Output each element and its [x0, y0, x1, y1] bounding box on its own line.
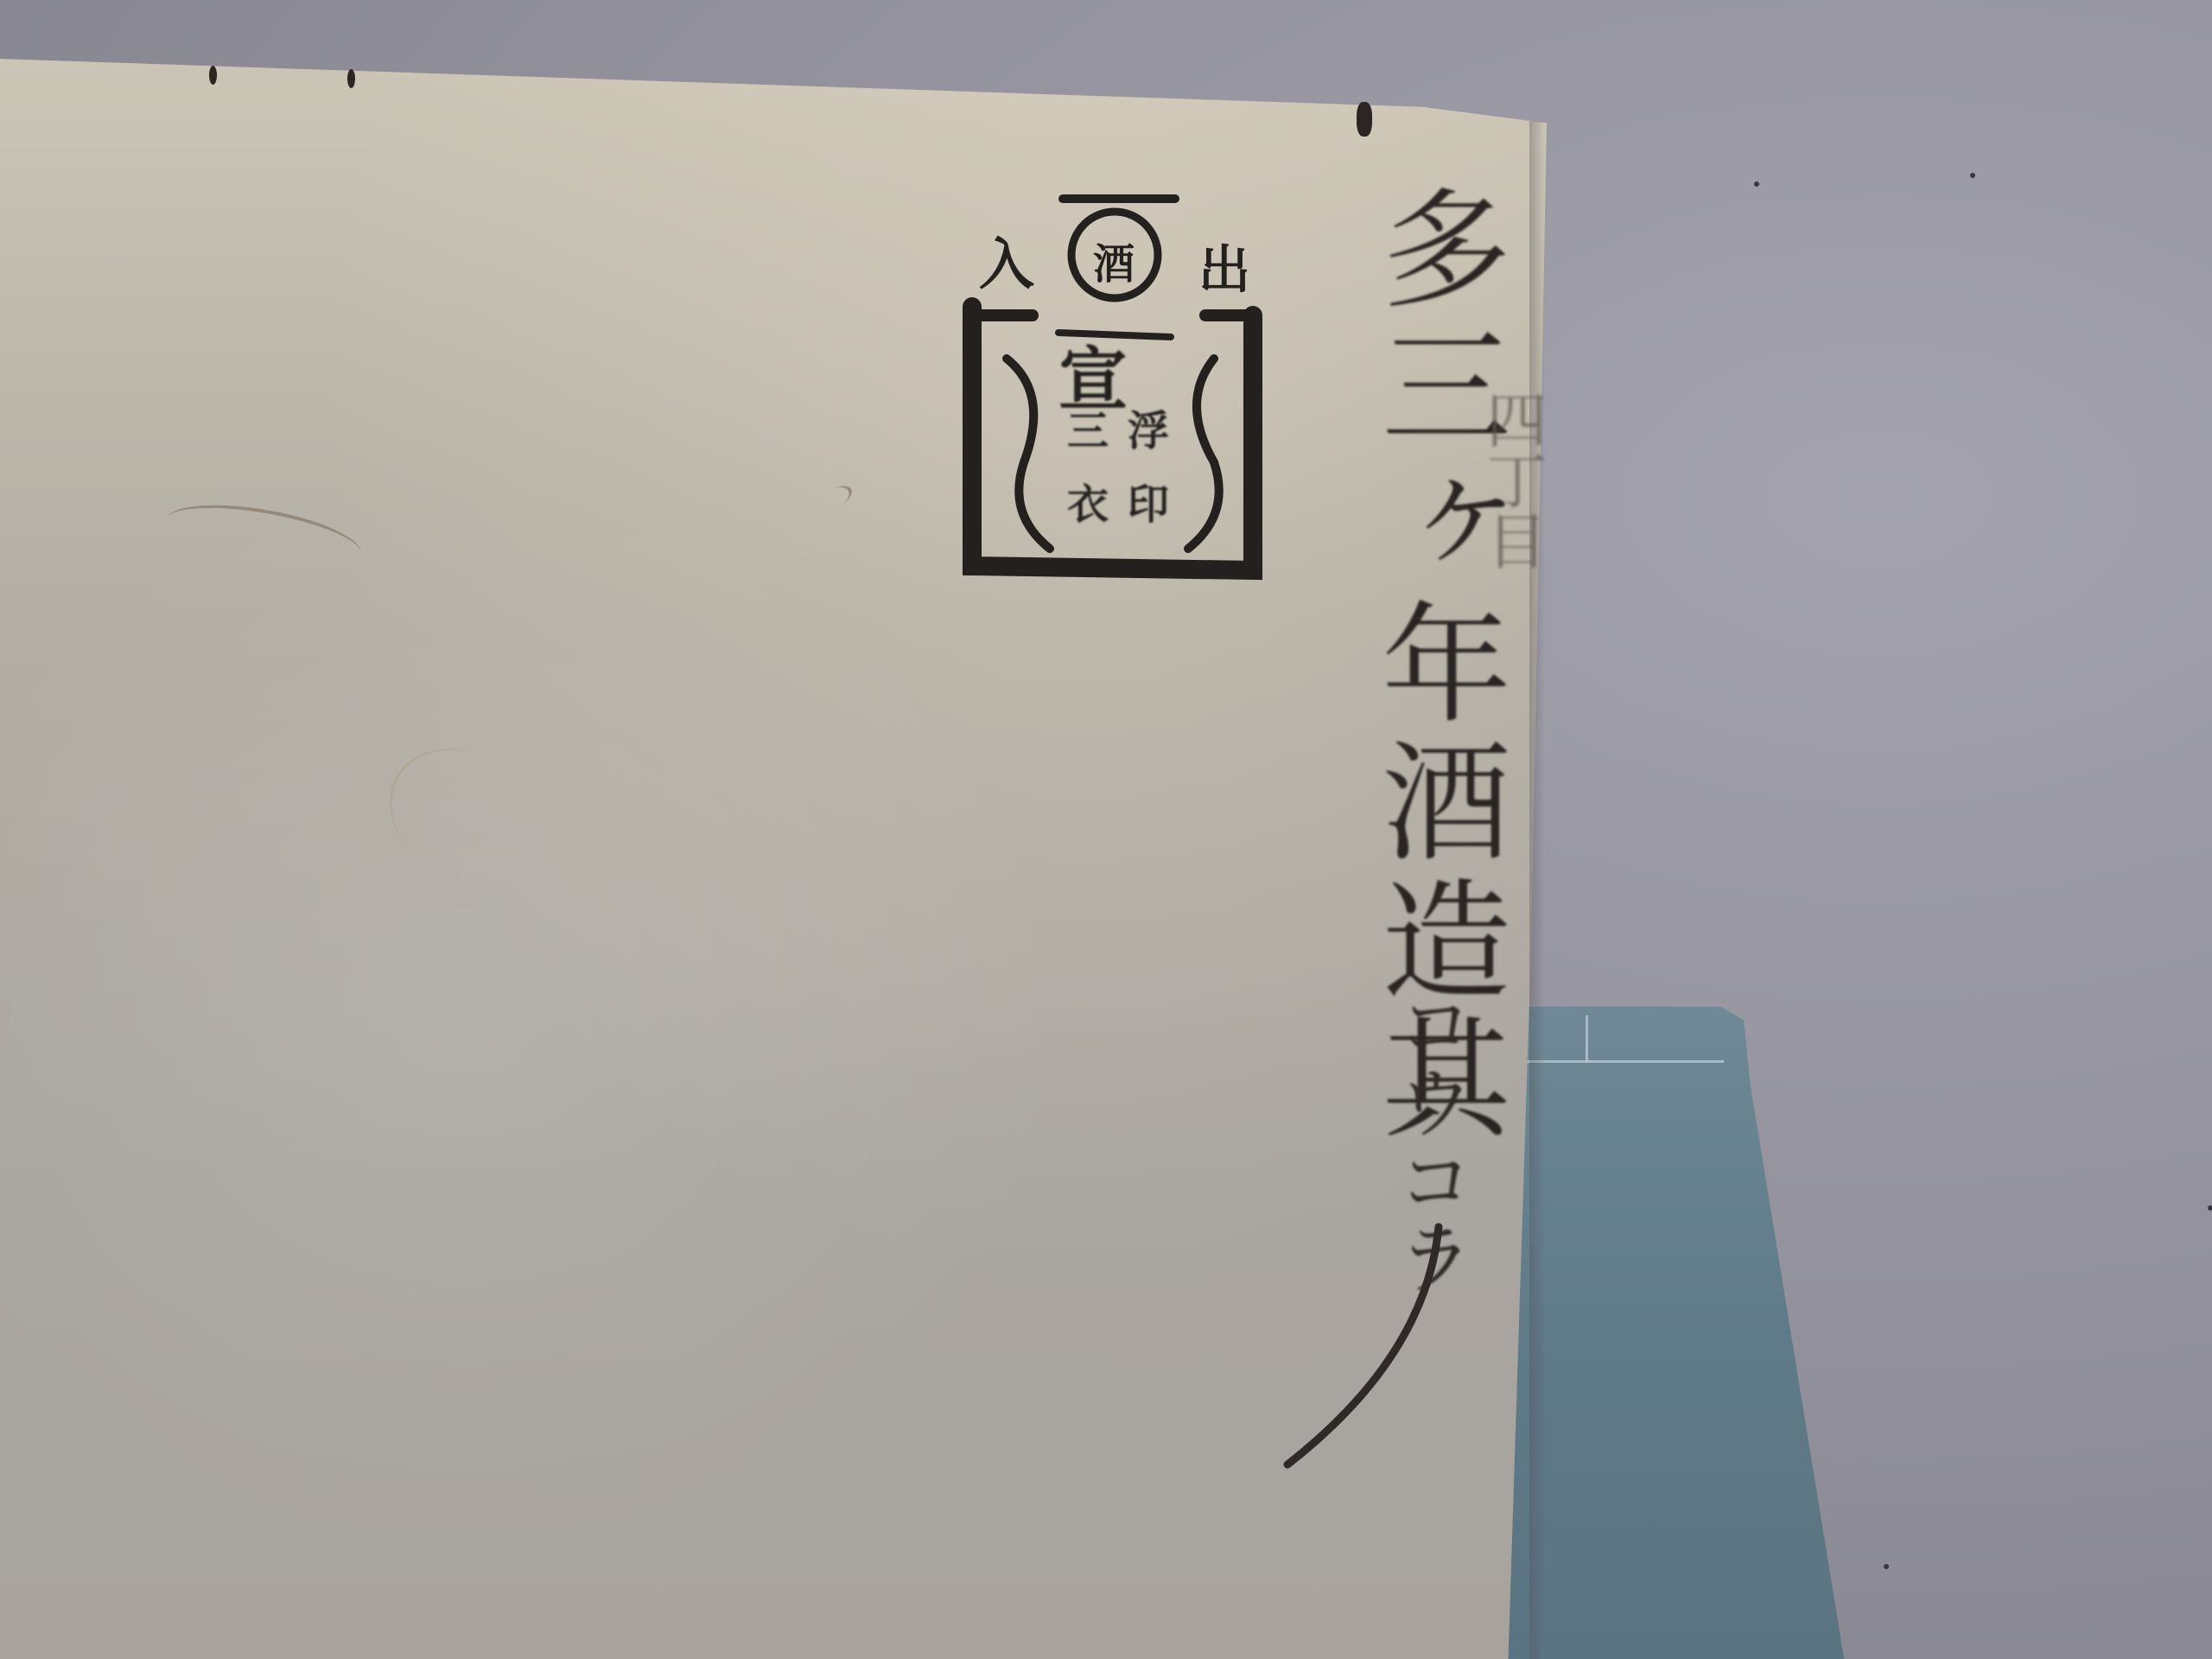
seal-inner-char: 三 — [1067, 397, 1109, 457]
ink-seal: 酒 入 出 宣 三 浮 衣 印 — [955, 186, 1270, 583]
dust-speck — [1970, 173, 1975, 178]
dust-speck — [1754, 181, 1759, 187]
seal-left-mark: 入 — [979, 220, 1034, 300]
seal-right-mark: 出 — [1198, 229, 1250, 303]
brush-tail-stroke-icon — [1279, 1192, 1452, 1469]
pin-mark — [347, 69, 355, 88]
seal-top-char: 酒 — [1093, 231, 1135, 290]
seal-inner-char: 印 — [1128, 471, 1169, 531]
pin-mark — [209, 66, 217, 85]
fold-line — [1586, 1015, 1588, 1063]
dust-speck — [2208, 1205, 2212, 1211]
seal-inner-char: 浮 — [1128, 397, 1169, 457]
pin-mark — [1357, 102, 1372, 137]
dust-speck — [1884, 1564, 1889, 1569]
paper-edge-shadow — [1529, 121, 1545, 1659]
seal-inner-char: 衣 — [1067, 471, 1109, 531]
calligraphy-annotation: 四丁目 — [1469, 389, 1556, 570]
